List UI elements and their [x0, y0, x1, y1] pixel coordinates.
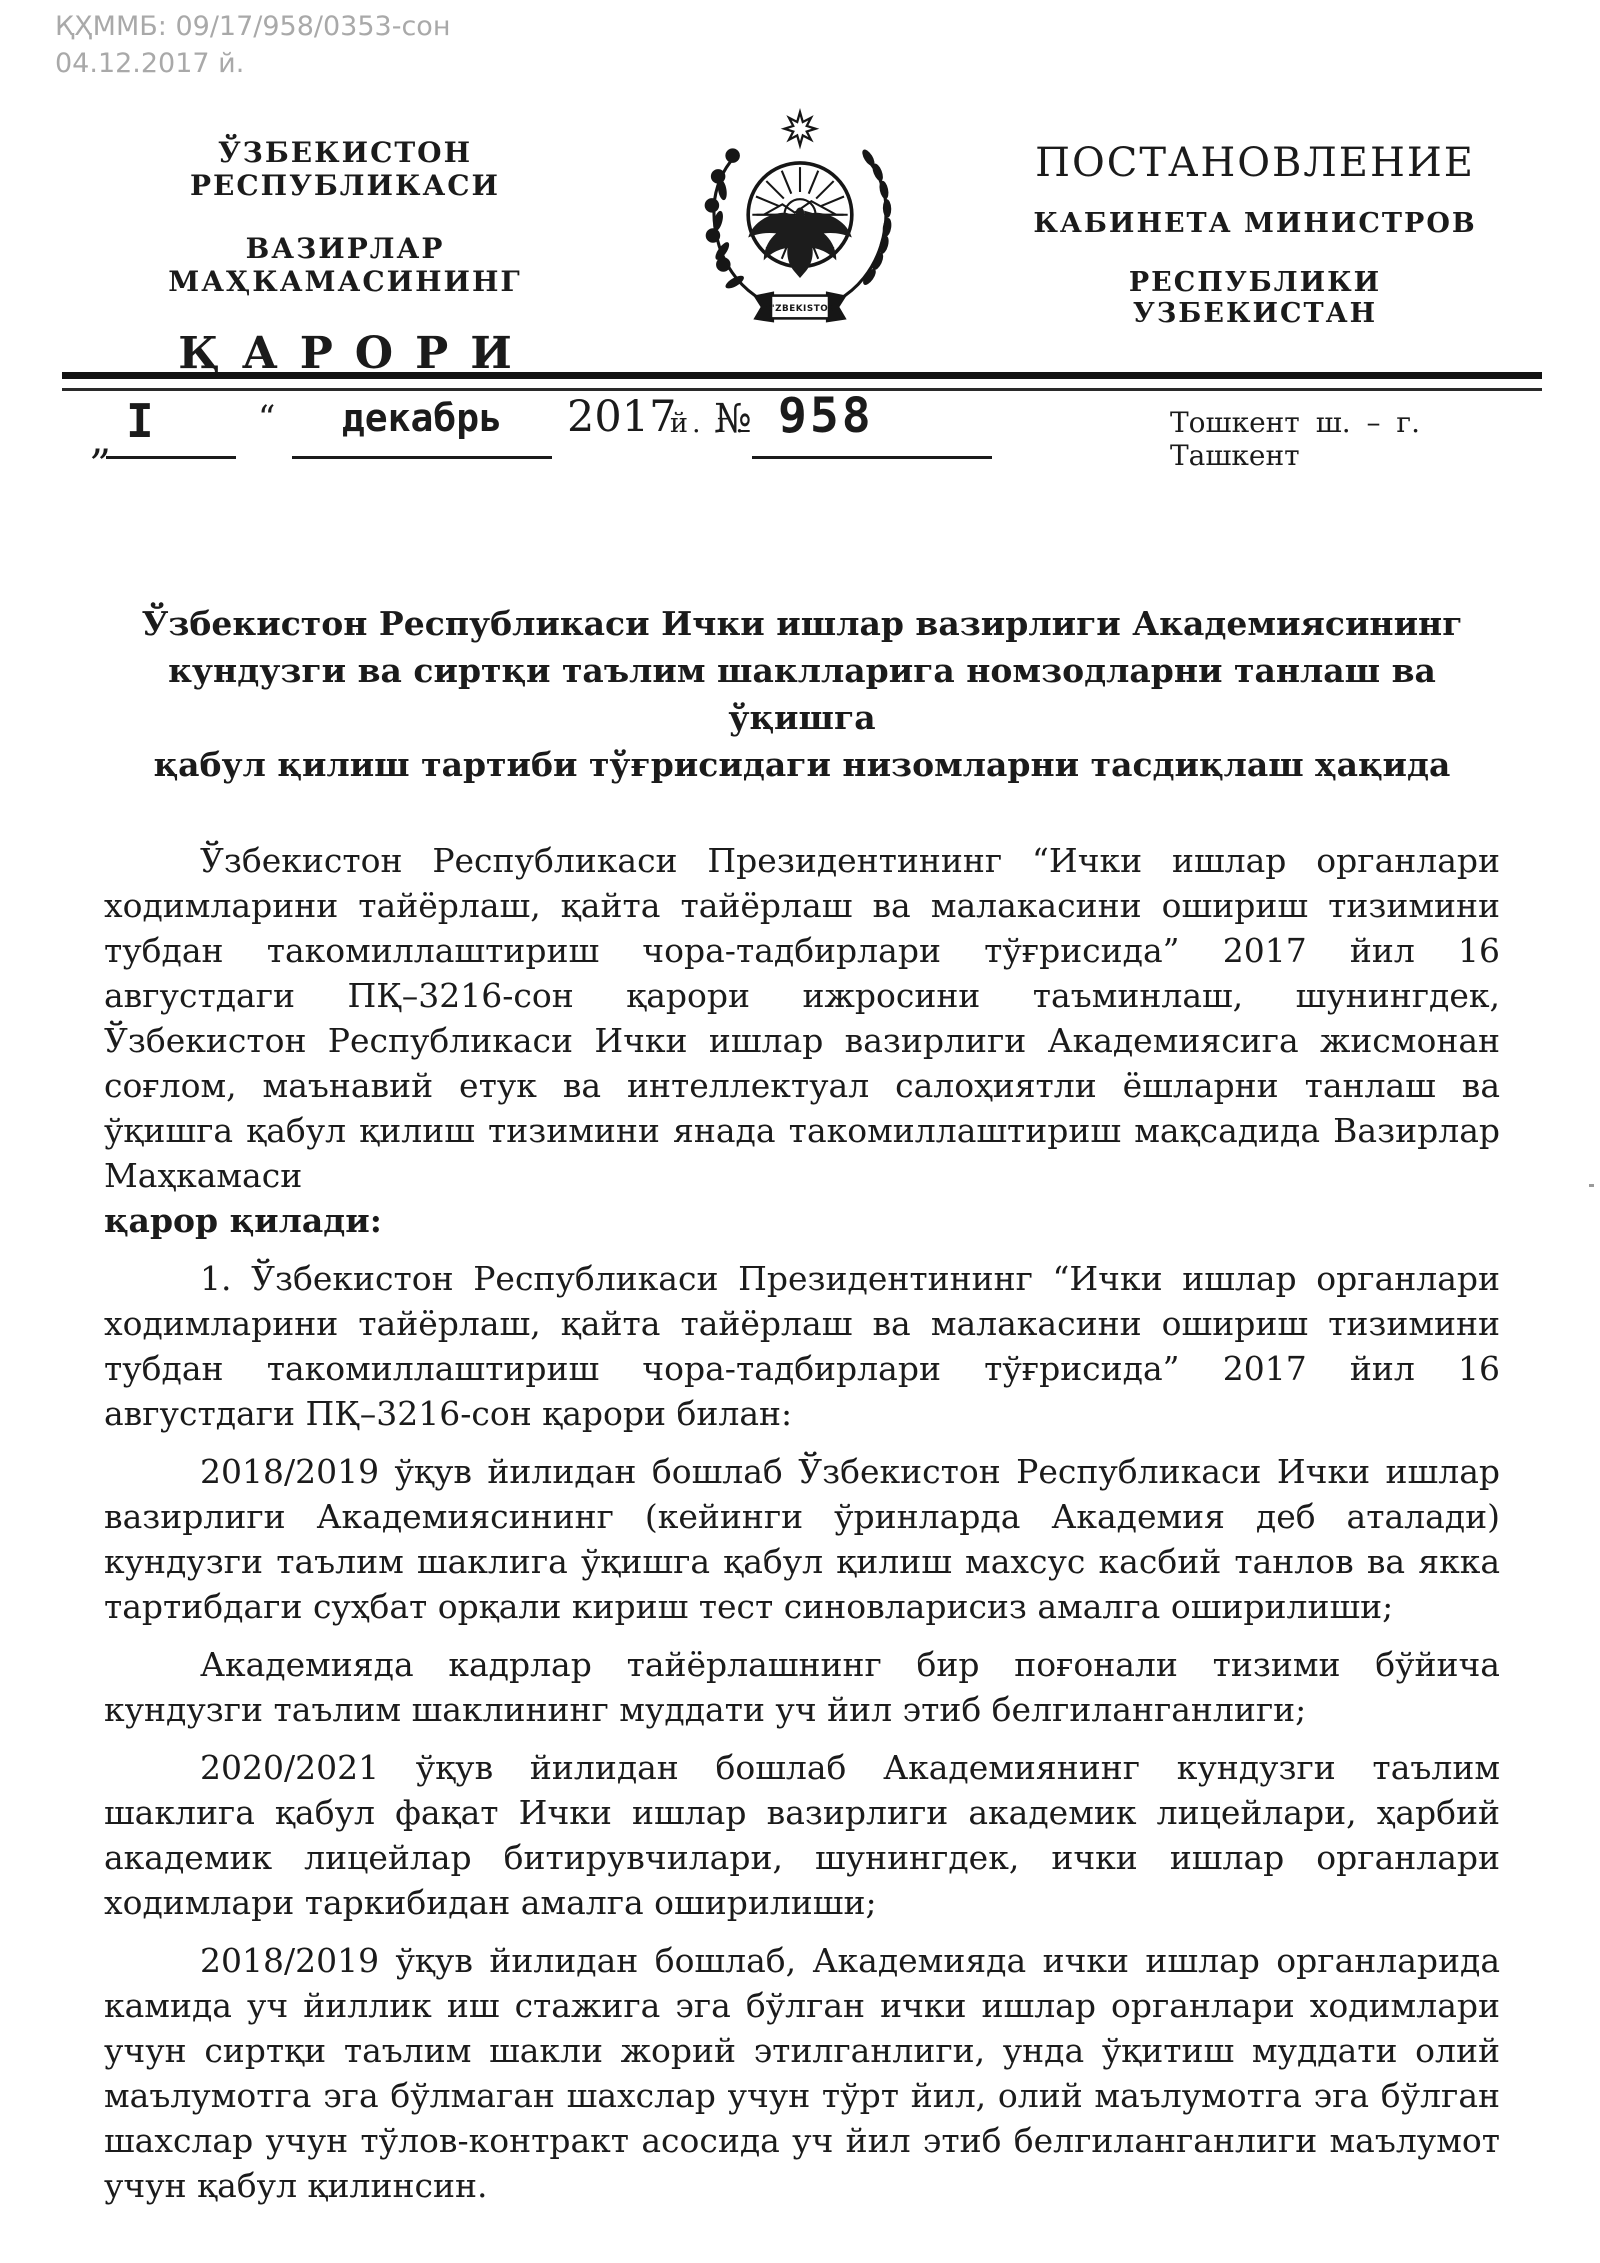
document-title: Ўзбекистон Республикаси Ички ишлар вазир…	[104, 600, 1500, 788]
letterhead-russian-line2: КАБИНЕТА МИНИСТРОВ	[1005, 208, 1505, 239]
document-number-underline	[752, 456, 992, 459]
document-title-line2: кундузги ва сиртқи таълим шаклларига ном…	[104, 647, 1500, 741]
emblem-star	[784, 112, 815, 145]
paragraph-admission-2018: 2018/2019 ўқув йилидан бошлаб Ўзбекистон…	[104, 1449, 1500, 1629]
letterhead-uzbek: ЎЗБЕКИСТОН РЕСПУБЛИКАСИ ВАЗИРЛАР МАҲКАМА…	[95, 136, 595, 379]
paragraph-correspondence-form: 2018/2019 ўқув йилидан бошлаб, Академияд…	[104, 1938, 1500, 2208]
emblem-humo-bird	[748, 207, 852, 277]
letterhead-russian-line3: РЕСПУБЛИКИ УЗБЕКИСТАН	[1005, 267, 1505, 329]
letterhead-uzbek-line2: ВАЗИРЛАР МАҲКАМАСИНИНГ	[95, 232, 595, 298]
date-month-typed: декабрь	[292, 396, 552, 440]
uzbekistan-state-emblem-icon: O'ZBEKISTON	[688, 108, 912, 336]
document-number: 958	[778, 388, 874, 444]
decree-document-page: ҚҲММБ: 09/17/958/0353-сон 04.12.2017 й. …	[0, 0, 1600, 2263]
emblem-banner-text: O'ZBEKISTON	[764, 304, 836, 314]
date-year: 2017	[567, 392, 676, 442]
registry-stamp-date: 04.12.2017 й.	[55, 45, 450, 82]
document-content: Ўзбекистон Республикаси Ички ишлар вазир…	[104, 600, 1500, 2221]
letterhead-russian: ПОСТАНОВЛЕНИЕ КАБИНЕТА МИНИСТРОВ РЕСПУБЛ…	[1005, 136, 1505, 357]
emblem-wheat-branch	[860, 148, 893, 287]
preamble-paragraph: Ўзбекистон Республикаси Президентининг “…	[104, 838, 1500, 1198]
letterhead-uzbek-line1: ЎЗБЕКИСТОН РЕСПУБЛИКАСИ	[95, 136, 595, 202]
place-label: Тошкент ш. – г. Ташкент	[1170, 406, 1542, 472]
letterhead-rule-thick	[62, 372, 1542, 379]
paragraph-item-1: 1. Ўзбекистон Республикаси Президентинин…	[104, 1256, 1500, 1436]
document-title-line1: Ўзбекистон Республикаси Ички ишлар вазир…	[104, 600, 1500, 647]
paragraph-duration: Академияда кадрлар тайёрлашнинг бир поғо…	[104, 1642, 1500, 1732]
paragraph-admission-2020: 2020/2021 ўқув йилидан бошлаб Академияни…	[104, 1745, 1500, 1925]
letterhead-russian-line1: ПОСТАНОВЛЕНИЕ	[1005, 140, 1505, 186]
registry-stamp: ҚҲММБ: 09/17/958/0353-сон 04.12.2017 й.	[55, 8, 450, 82]
date-month-underline	[292, 456, 552, 459]
document-body: Ўзбекистон Республикаси Президентининг “…	[104, 838, 1500, 2208]
scan-artifact-speck	[1589, 1184, 1594, 1187]
document-title-line3: қабул қилиш тартиби тўғрисидаги низомлар…	[104, 741, 1500, 788]
registry-stamp-number: ҚҲММБ: 09/17/958/0353-сон	[55, 8, 450, 45]
date-number-line: „ I “ декабрь 2017 й. г. № 958 Тошкент ш…	[62, 398, 1542, 473]
date-day-handwritten: I	[126, 394, 154, 448]
date-day-underline	[106, 456, 236, 459]
decree-resolution-phrase: қарор қилади:	[104, 1198, 1500, 1243]
document-number-sign: №	[714, 396, 752, 442]
date-close-quote: “	[258, 398, 275, 438]
